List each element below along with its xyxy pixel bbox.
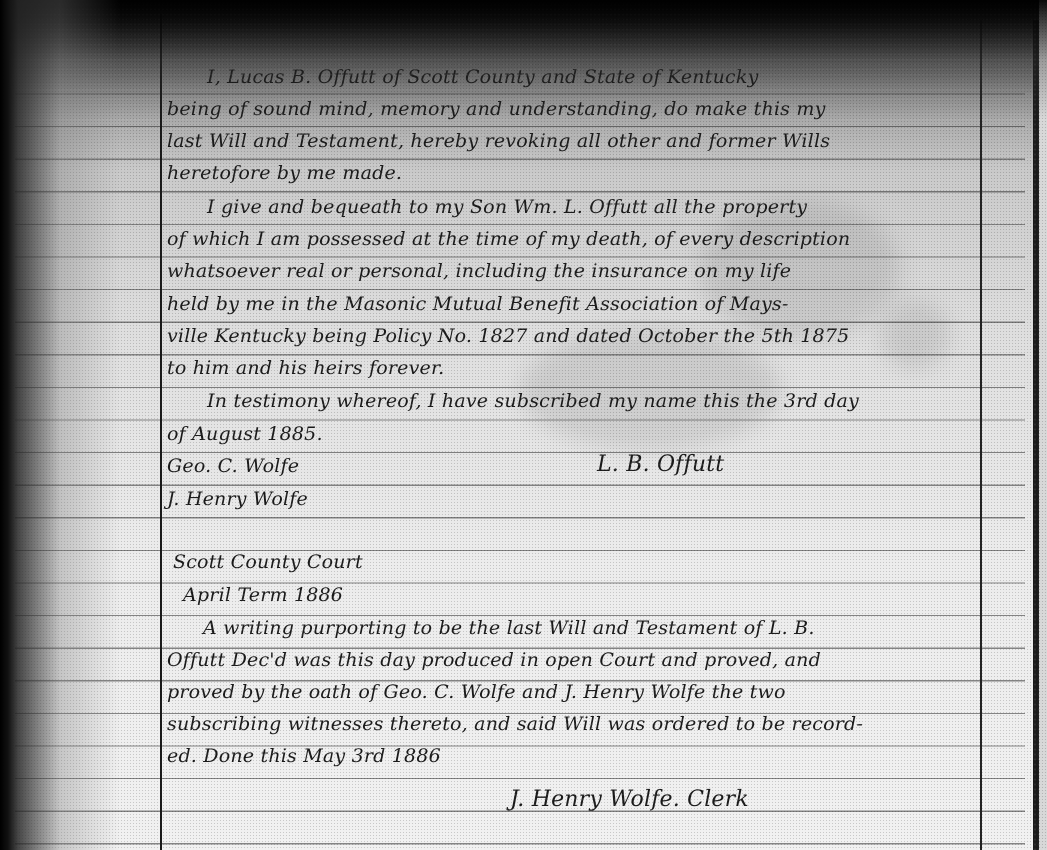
ledger-page: I, Lucas B. Offutt of Scott County and S…	[0, 0, 1047, 850]
scan-shadow-top	[0, 0, 1047, 120]
scan-shadow-left	[0, 0, 120, 850]
scan-grain	[0, 0, 1047, 850]
